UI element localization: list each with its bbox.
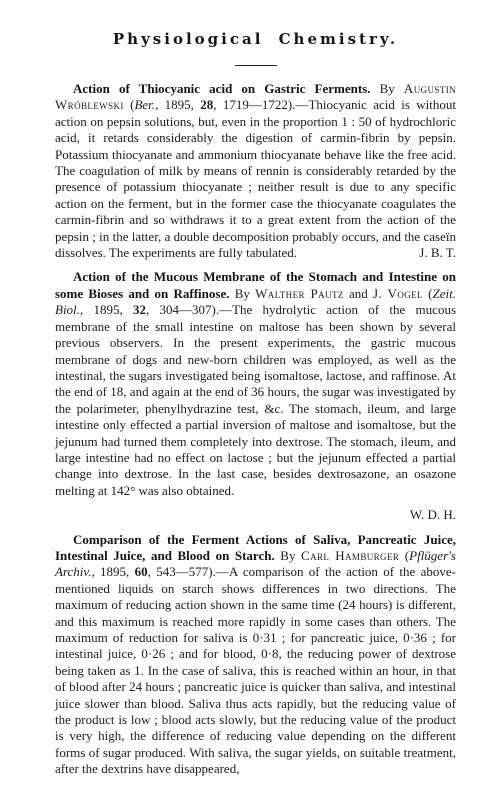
volume-number: 60 [135, 564, 148, 579]
abstractor-initials-line: W. D. H. [55, 507, 456, 523]
citation-pages: , 543—577).— [148, 564, 229, 579]
author-name: Walther Pautz [255, 286, 344, 301]
abstract-body: The hydrolytic action of the mucous memb… [55, 302, 456, 497]
title-divider [235, 65, 277, 66]
byline-prefix: By [371, 81, 404, 96]
article-abstract-ferment-actions: Comparison of the Ferment Actions of Sal… [55, 532, 456, 778]
author-conjunction: and [344, 286, 373, 301]
abstractor-initials: J. B. T. [391, 245, 456, 261]
citation-pages: , 304—307).— [146, 302, 232, 317]
journal-abbreviation: Ber. [134, 97, 155, 112]
article-abstract-thiocyanic-acid: Action of Thiocyanic acid on Gastric Fer… [55, 81, 456, 261]
citation-year: , 1895, [91, 564, 134, 579]
citation-year: , 1895, [80, 302, 133, 317]
page-title: Physiological Chemistry. [55, 30, 456, 48]
citation-pages: , 1719—1722).— [213, 97, 308, 112]
author-name: J. Vogel [373, 286, 423, 301]
abstractor-initials: W. D. H. [410, 507, 456, 522]
abstract-body: Thiocyanic acid is without action on pep… [55, 97, 456, 260]
volume-number: 32 [133, 302, 146, 317]
citation-open: ( [423, 286, 433, 301]
abstract-body: A comparison of the action of the above-… [55, 564, 456, 776]
citation-open: ( [124, 97, 135, 112]
citation-open: ( [399, 548, 409, 563]
byline-prefix: By [229, 286, 255, 301]
byline-prefix: By [275, 548, 301, 563]
article-heading: Action of Thiocyanic acid on Gastric Fer… [73, 81, 371, 96]
citation-year: , 1895, [155, 97, 200, 112]
article-abstract-mucous-membrane: Action of the Mucous Membrane of the Sto… [55, 269, 456, 499]
text-column: Physiological Chemistry. Action of Thioc… [55, 30, 456, 786]
author-name: Carl Hamburger [301, 548, 399, 563]
journal-page: Physiological Chemistry. Action of Thioc… [0, 0, 500, 800]
volume-number: 28 [200, 97, 213, 112]
